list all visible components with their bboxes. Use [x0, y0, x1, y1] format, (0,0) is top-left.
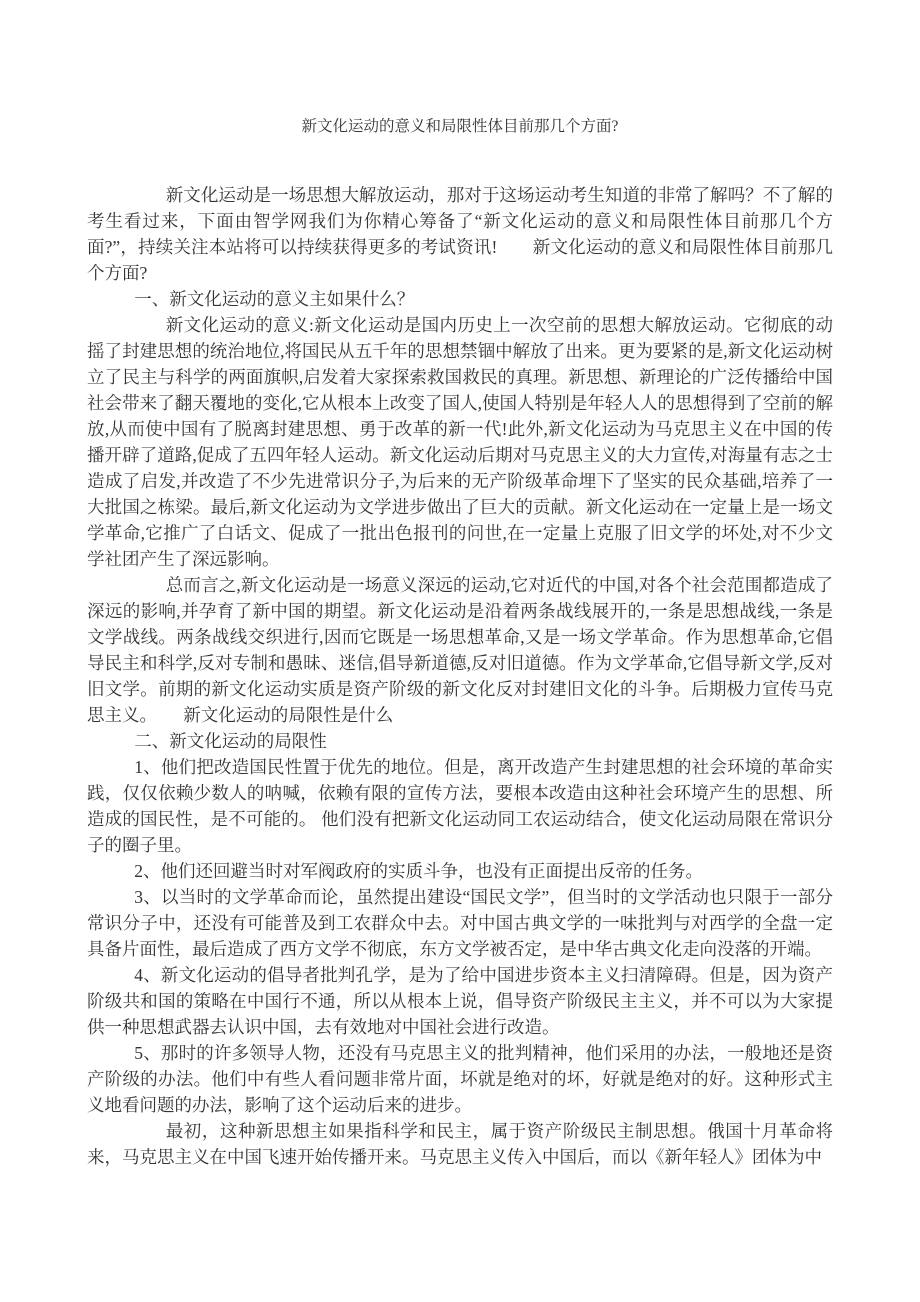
limitation-item-2: 2、他们还回避当时对军阀政府的实质斗争，也没有正面提出反帝的任务。 — [87, 858, 833, 884]
paragraph-summary: 总而言之,新文化运动是一场意义深远的运动,它对近代的中国,对各个社会范围都造成了… — [87, 572, 833, 728]
paragraph-intro: 新文化运动是一场思想大解放运动，那对于这场运动考生知道的非常了解吗？不了解的考生… — [87, 182, 833, 286]
limitation-item-3: 3、以当时的文学革命而论，虽然提出建设“国民文学”，但当时的文学活动也只限于一部… — [87, 884, 833, 962]
limitation-item-1: 1、他们把改造国民性置于优先的地位。但是，离开改造产生封建思想的社会环境的革命实… — [87, 754, 833, 858]
limitation-item-5: 5、那时的许多领导人物，还没有马克思主义的批判精神，他们采用的办法，一般地还是资… — [87, 1040, 833, 1118]
limitation-item-4: 4、新文化运动的倡导者批判孔学，是为了给中国进步资本主义扫清障碍。但是，因为资产… — [87, 962, 833, 1040]
paragraph-conclusion: 最初，这种新思想主如果指科学和民主，属于资产阶级民主制思想。俄国十月革命将来，马… — [87, 1118, 833, 1170]
document-title: 新文化运动的意义和局限性体目前那几个方面? — [87, 114, 833, 140]
document-page: 新文化运动的意义和局限性体目前那几个方面? 新文化运动是一场思想大解放运动，那对… — [0, 0, 920, 1302]
section-heading-significance: 一、新文化运动的意义主如果什么？ — [87, 286, 833, 312]
paragraph-significance: 新文化运动的意义:新文化运动是国内历史上一次空前的思想大解放运动。它彻底的动摇了… — [87, 312, 833, 572]
section-heading-limitations: 二、新文化运动的局限性 — [87, 728, 833, 754]
